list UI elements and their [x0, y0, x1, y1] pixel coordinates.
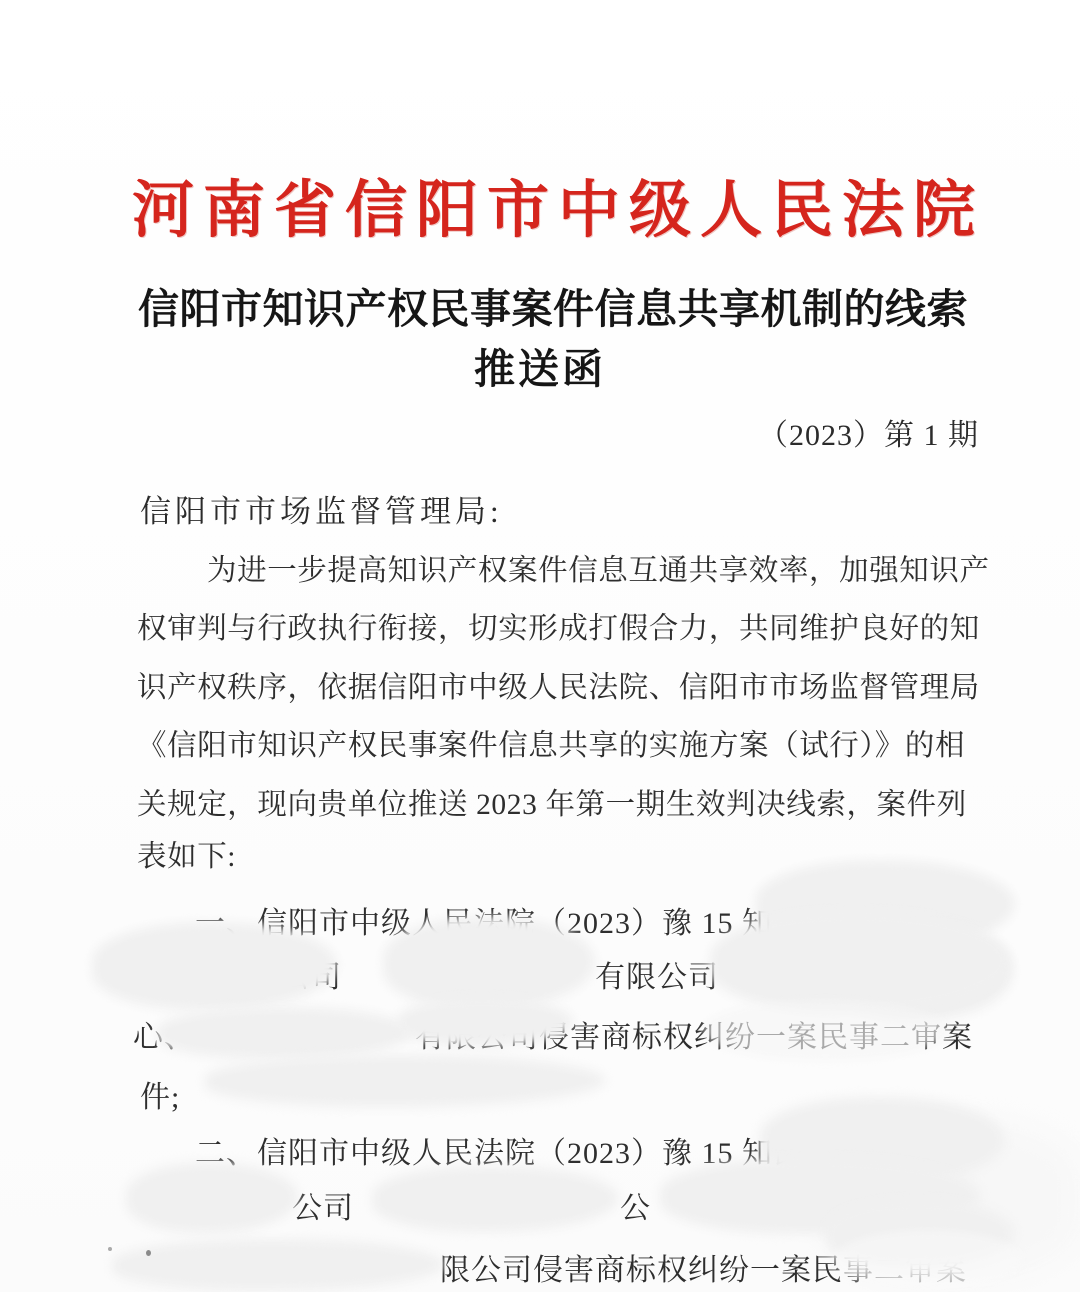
document-title-line2: 推送函 — [0, 336, 1080, 395]
redaction-mark-6 — [157, 1007, 412, 1059]
paragraph-line-4: 《信阳市知识产权民事案件信息共享的实施方案（试行）》的相 — [137, 722, 965, 764]
issue-number: （2023）第 1 期 — [758, 410, 979, 454]
case2-fragment-b: 公 — [620, 1183, 651, 1227]
paragraph-line-3: 识产权秩序，依据信阳市中级人民法院、信阳市市场监督管理局 — [137, 664, 980, 706]
ink-speck-2 — [108, 1247, 112, 1251]
case2-fragment-a: 公司 — [292, 1183, 354, 1227]
case1-line4: 件; — [140, 1072, 180, 1116]
redaction-mark-10 — [126, 1163, 298, 1233]
court-letterhead-title: 河南省信阳市中级人民法院 — [132, 160, 984, 249]
paragraph-line-6: 表如下: — [137, 833, 236, 875]
scanned-court-document: 河南省信阳市中级人民法院 信阳市知识产权民事案件信息共享机制的线索 推送函 （2… — [0, 0, 1080, 1292]
redaction-mark-14 — [112, 1239, 444, 1291]
redaction-fade-1 — [703, 1000, 948, 1060]
paragraph-line-1: 为进一步提高知识产权案件信息互通共享效率，加强知识产 — [207, 547, 990, 589]
ink-speck-1 — [146, 1250, 151, 1256]
recipient-line: 信阳市市场监督管理局: — [140, 486, 503, 531]
redaction-mark-4 — [383, 917, 595, 1009]
redaction-mark-8 — [205, 1055, 605, 1107]
paragraph-line-5: 关规定，现向贵单位推送 2023 年第一期生效判决线索，案件列 — [137, 781, 967, 823]
redaction-fade-2 — [833, 1230, 1023, 1290]
paragraph-line-2: 权审判与行政执行衔接，切实形成打假合力，共同维护良好的知 — [137, 605, 980, 647]
redaction-mark-3 — [92, 922, 337, 1010]
case1-fragment-b: 有限公司 — [595, 952, 719, 996]
document-title-line1: 信阳市知识产权民事案件信息共享机制的线索 — [138, 276, 968, 335]
redaction-mark-11 — [372, 1166, 618, 1232]
